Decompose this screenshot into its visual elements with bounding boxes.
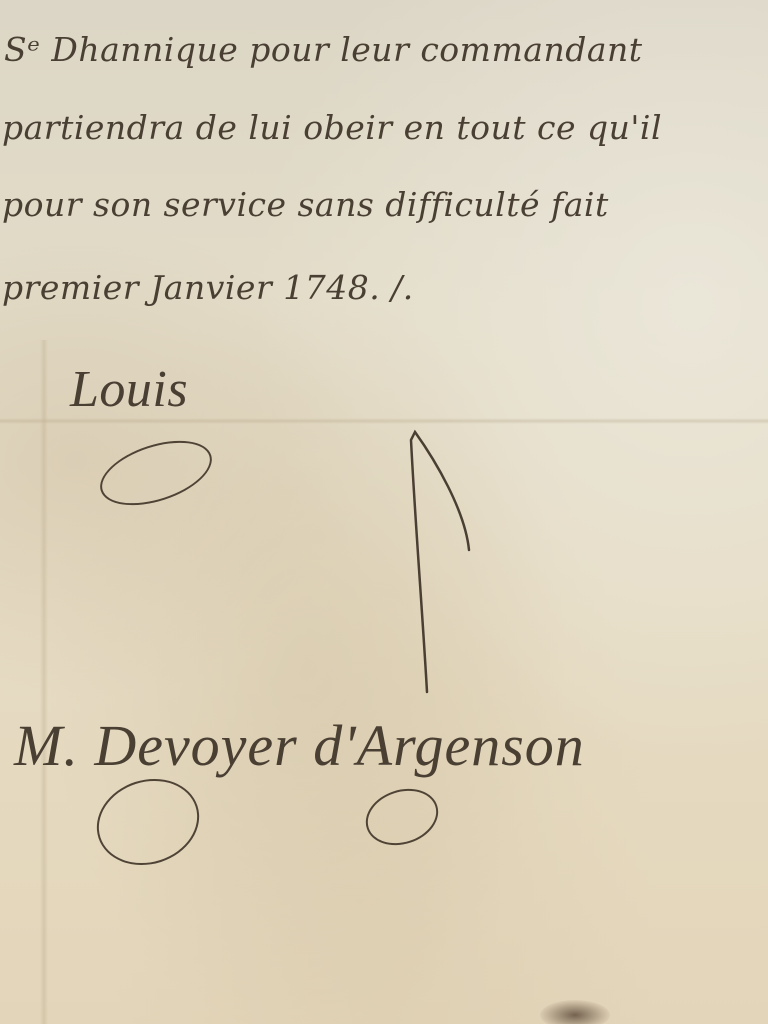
date-line: premier Janvier 1748. /.: [2, 268, 414, 307]
text-line-3: pour son service sans difficulté fait: [2, 185, 609, 224]
paper-background: [0, 0, 768, 1024]
paraph-mark-icon: [395, 420, 485, 700]
text-line-2: partiendra de lui obeir en tout ce qu'il: [2, 108, 662, 147]
text-line-1: Sᵉ Dhannique pour leur commandant: [4, 30, 643, 69]
paper-fold-vertical: [40, 340, 48, 1024]
minister-signature: M. Devoyer d'Argenson: [14, 712, 585, 779]
king-signature: Louis: [70, 360, 188, 419]
ink-stain: [540, 1000, 610, 1024]
